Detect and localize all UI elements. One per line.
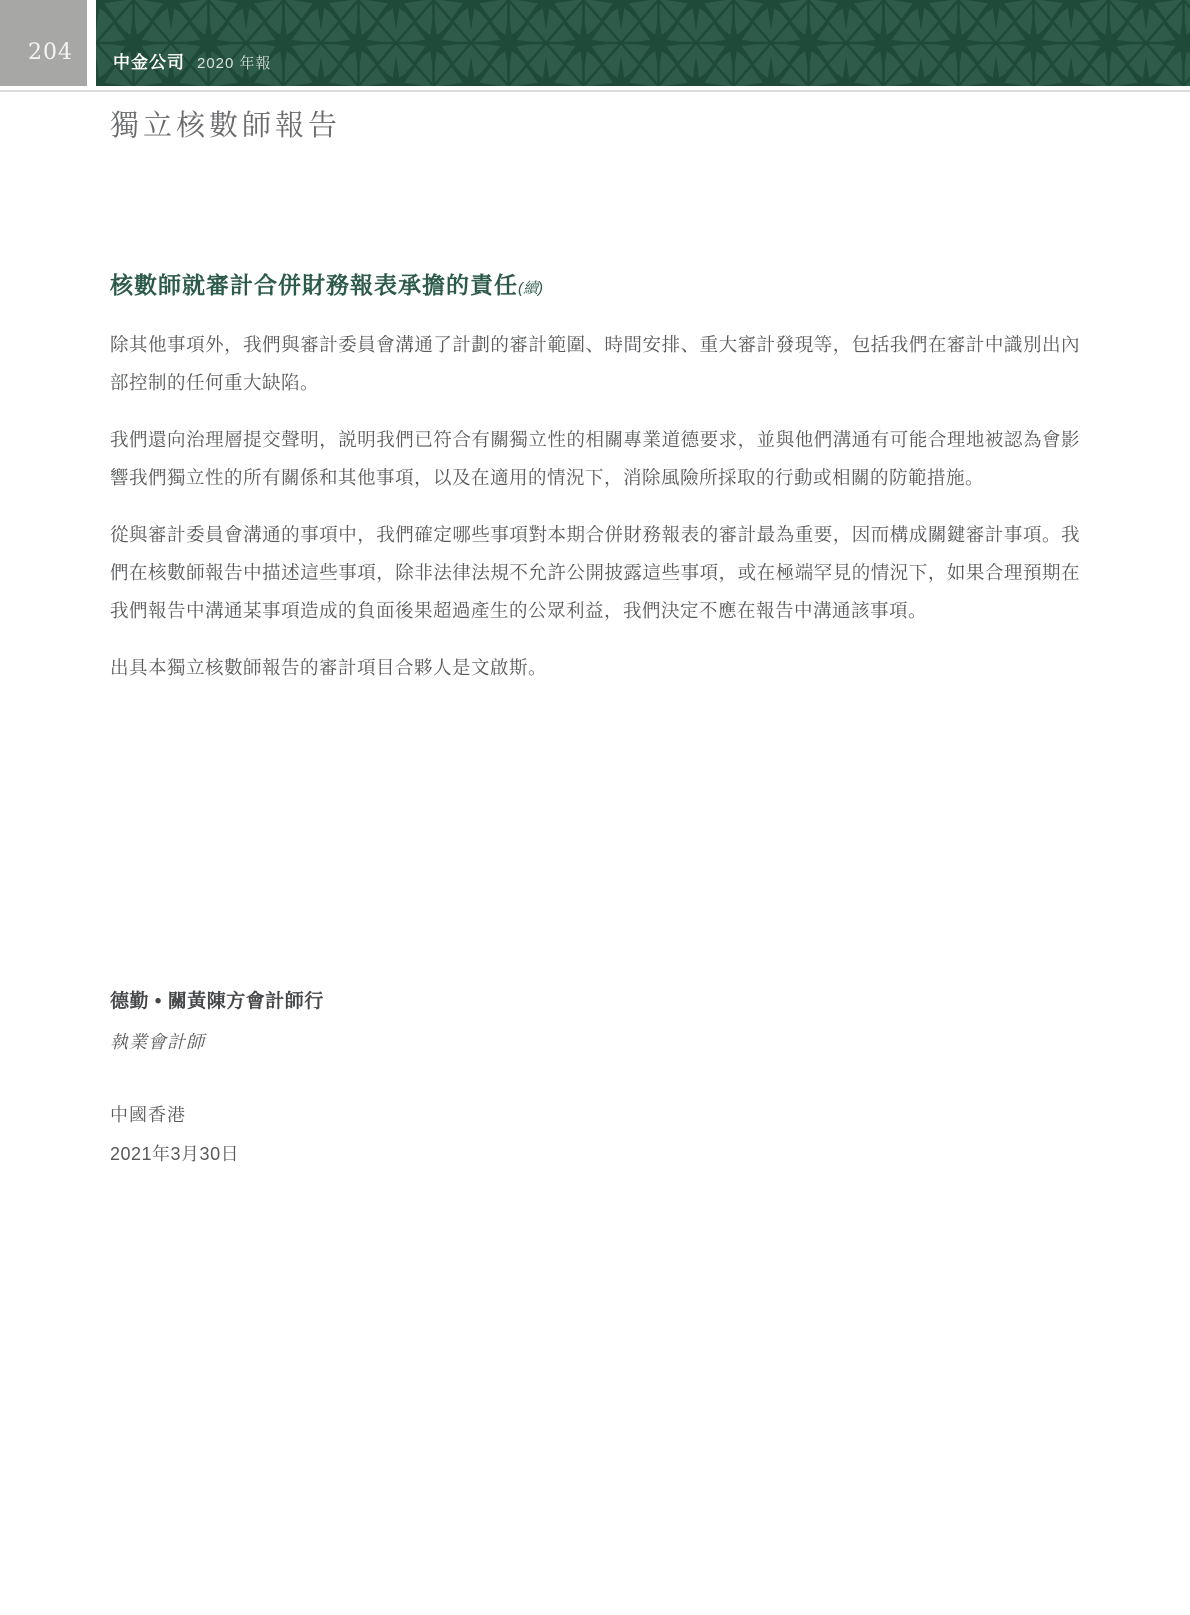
paragraph-1: 除其他事項外，我們與審計委員會溝通了計劃的審計範圍、時間安排、重大審計發現等，包…	[110, 326, 1080, 402]
report-page: 204	[0, 0, 1190, 1615]
report-year: 2020 年報	[197, 52, 272, 73]
document-title: 獨立核數師報告	[110, 103, 341, 144]
audit-firm-role: 執業會計師	[110, 1028, 324, 1054]
header-divider	[0, 90, 1190, 92]
paragraph-2: 我們還向治理層提交聲明，説明我們已符合有關獨立性的相關專業道德要求，並與他們溝通…	[110, 421, 1080, 497]
signature-block: 德勤 • 關黃陳方會計師行 執業會計師 中國香港 2021年3月30日	[110, 986, 324, 1166]
section-heading: 核數師就審計合併財務報表承擔的責任(續)	[110, 267, 1080, 300]
company-name: 中金公司	[113, 48, 185, 73]
banner-text: 中金公司 2020 年報	[113, 48, 272, 73]
paragraph-3: 從與審計委員會溝通的事項中，我們確定哪些事項對本期合併財務報表的審計最為重要，因…	[110, 516, 1080, 630]
page-number: 204	[28, 40, 73, 65]
main-text-block: 核數師就審計合併財務報表承擔的責任(續) 除其他事項外，我們與審計委員會溝通了計…	[110, 267, 1080, 706]
signature-location: 中國香港	[110, 1101, 324, 1127]
asanoha-pattern-graphic	[96, 0, 1190, 86]
continued-suffix: (續)	[518, 280, 543, 297]
audit-firm-name: 德勤 • 關黃陳方會計師行	[110, 986, 324, 1013]
section-heading-text: 核數師就審計合併財務報表承擔的責任	[110, 272, 518, 298]
page-number-box: 204	[0, 0, 87, 86]
paragraph-4: 出具本獨立核數師報告的審計項目合夥人是文啟斯。	[110, 649, 1080, 687]
signature-date: 2021年3月30日	[110, 1140, 324, 1166]
header-banner: 中金公司 2020 年報	[96, 0, 1190, 86]
